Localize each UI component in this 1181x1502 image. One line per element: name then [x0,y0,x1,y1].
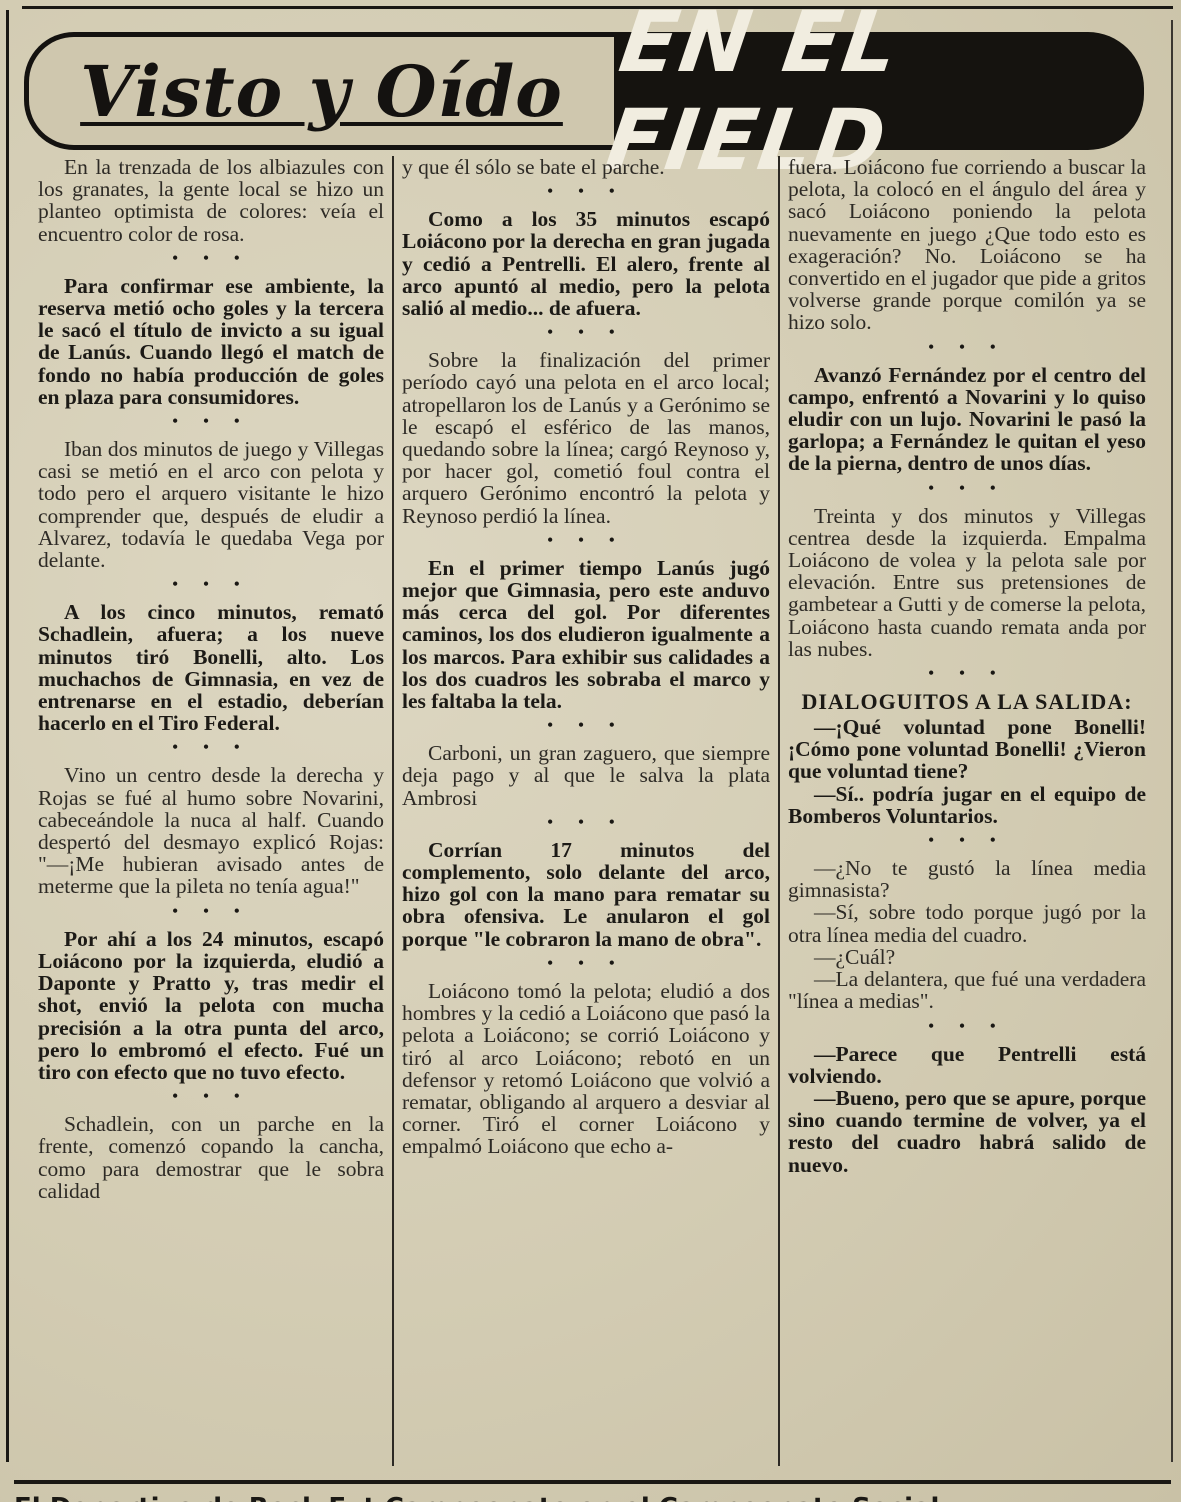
article-paragraph: —Parece que Pentrelli está volviendo. [788,1043,1146,1087]
article-paragraph: Corrían 17 minutos del complemento, solo… [402,839,770,950]
section-separator-dots: • • • [38,900,384,922]
article-paragraph: —Sí.. podría jugar en el equipo de Bombe… [788,783,1146,827]
section-separator-dots: • • • [38,1085,384,1107]
article-paragraph: y que él sólo se bate el parche. [402,156,770,178]
article-paragraph: —Bueno, pero que se apure, porque sino c… [788,1087,1146,1176]
section-separator-dots: • • • [402,529,770,551]
section-separator-dots: • • • [402,180,770,202]
masthead-script-panel: Visto y Oído [24,32,614,150]
article-column-1: En la trenzada de los albiazules con los… [14,156,392,1466]
article-paragraph: —¿Cuál? [788,946,1146,968]
masthead-block-panel: EN EL FIELD [614,32,1144,150]
article-paragraph: Vino un centro desde la derecha y Rojas … [38,764,384,897]
article-paragraph: fuera. Loiácono fue corriendo a buscar l… [788,156,1146,334]
section-separator-dots: • • • [38,410,384,432]
section-separator-dots: • • • [788,662,1146,684]
left-border-rule [6,10,9,1462]
right-border-rule [1171,20,1173,1462]
section-separator-dots: • • • [38,736,384,758]
article-paragraph: Para confirmar ese ambiente, la reserva … [38,275,384,408]
article-paragraph: Avanzó Fernández por el centro del campo… [788,364,1146,475]
next-article-headline-fragment: El Deportivo de Rock Fut Campeonato en e… [14,1488,1171,1502]
section-separator-dots: • • • [402,714,770,736]
section-separator-dots: • • • [788,477,1146,499]
article-column-3: fuera. Loiácono fue corriendo a buscar l… [778,156,1154,1466]
section-separator-dots: • • • [788,829,1146,851]
article-paragraph: —Sí, sobre todo porque jugó por la otra … [788,901,1146,945]
section-separator-dots: • • • [402,952,770,974]
article-paragraph: Como a los 35 minutos escapó Loiácono po… [402,208,770,319]
section-separator-dots: • • • [402,811,770,833]
article-paragraph: Loiácono tomó la pelota; eludió a dos ho… [402,980,770,1158]
article-paragraph: A los cinco minutos, remató Schadlein, a… [38,601,384,734]
article-paragraph: Iban dos minutos de juego y Villegas cas… [38,438,384,571]
article-paragraph: Sobre la finalización del primer período… [402,349,770,527]
section-separator-dots: • • • [402,321,770,343]
article-paragraph: —¿No te gustó la línea media gimnasista? [788,857,1146,901]
masthead: Visto y Oído EN EL FIELD [24,32,1144,150]
section-separator-dots: • • • [38,247,384,269]
article-paragraph: En el primer tiempo Lanús jugó mejor que… [402,557,770,712]
article-columns: En la trenzada de los albiazules con los… [14,156,1154,1466]
article-paragraph: Carboni, un gran zaguero, que siempre de… [402,742,770,809]
section-separator-dots: • • • [788,1015,1146,1037]
article-column-2: y que él sólo se bate el parche.• • •Com… [392,156,778,1466]
article-paragraph: Schadlein, con un parche en la frente, c… [38,1113,384,1202]
article-paragraph: —La delantera, que fué una verdadera "lí… [788,968,1146,1012]
masthead-script-title: Visto y Oído [80,50,563,133]
article-paragraph: —¡Qué voluntad pone Bonelli! ¡Cómo pone … [788,716,1146,783]
article-paragraph: En la trenzada de los albiazules con los… [38,156,384,245]
section-separator-dots: • • • [38,573,384,595]
section-separator-dots: • • • [788,336,1146,358]
section-heading: DIALOGUITOS A LA SALIDA: [788,690,1146,714]
bottom-rule [14,1480,1171,1484]
article-paragraph: Treinta y dos minutos y Villegas centrea… [788,505,1146,660]
article-paragraph: Por ahí a los 24 minutos, escapó Loiácon… [38,928,384,1083]
